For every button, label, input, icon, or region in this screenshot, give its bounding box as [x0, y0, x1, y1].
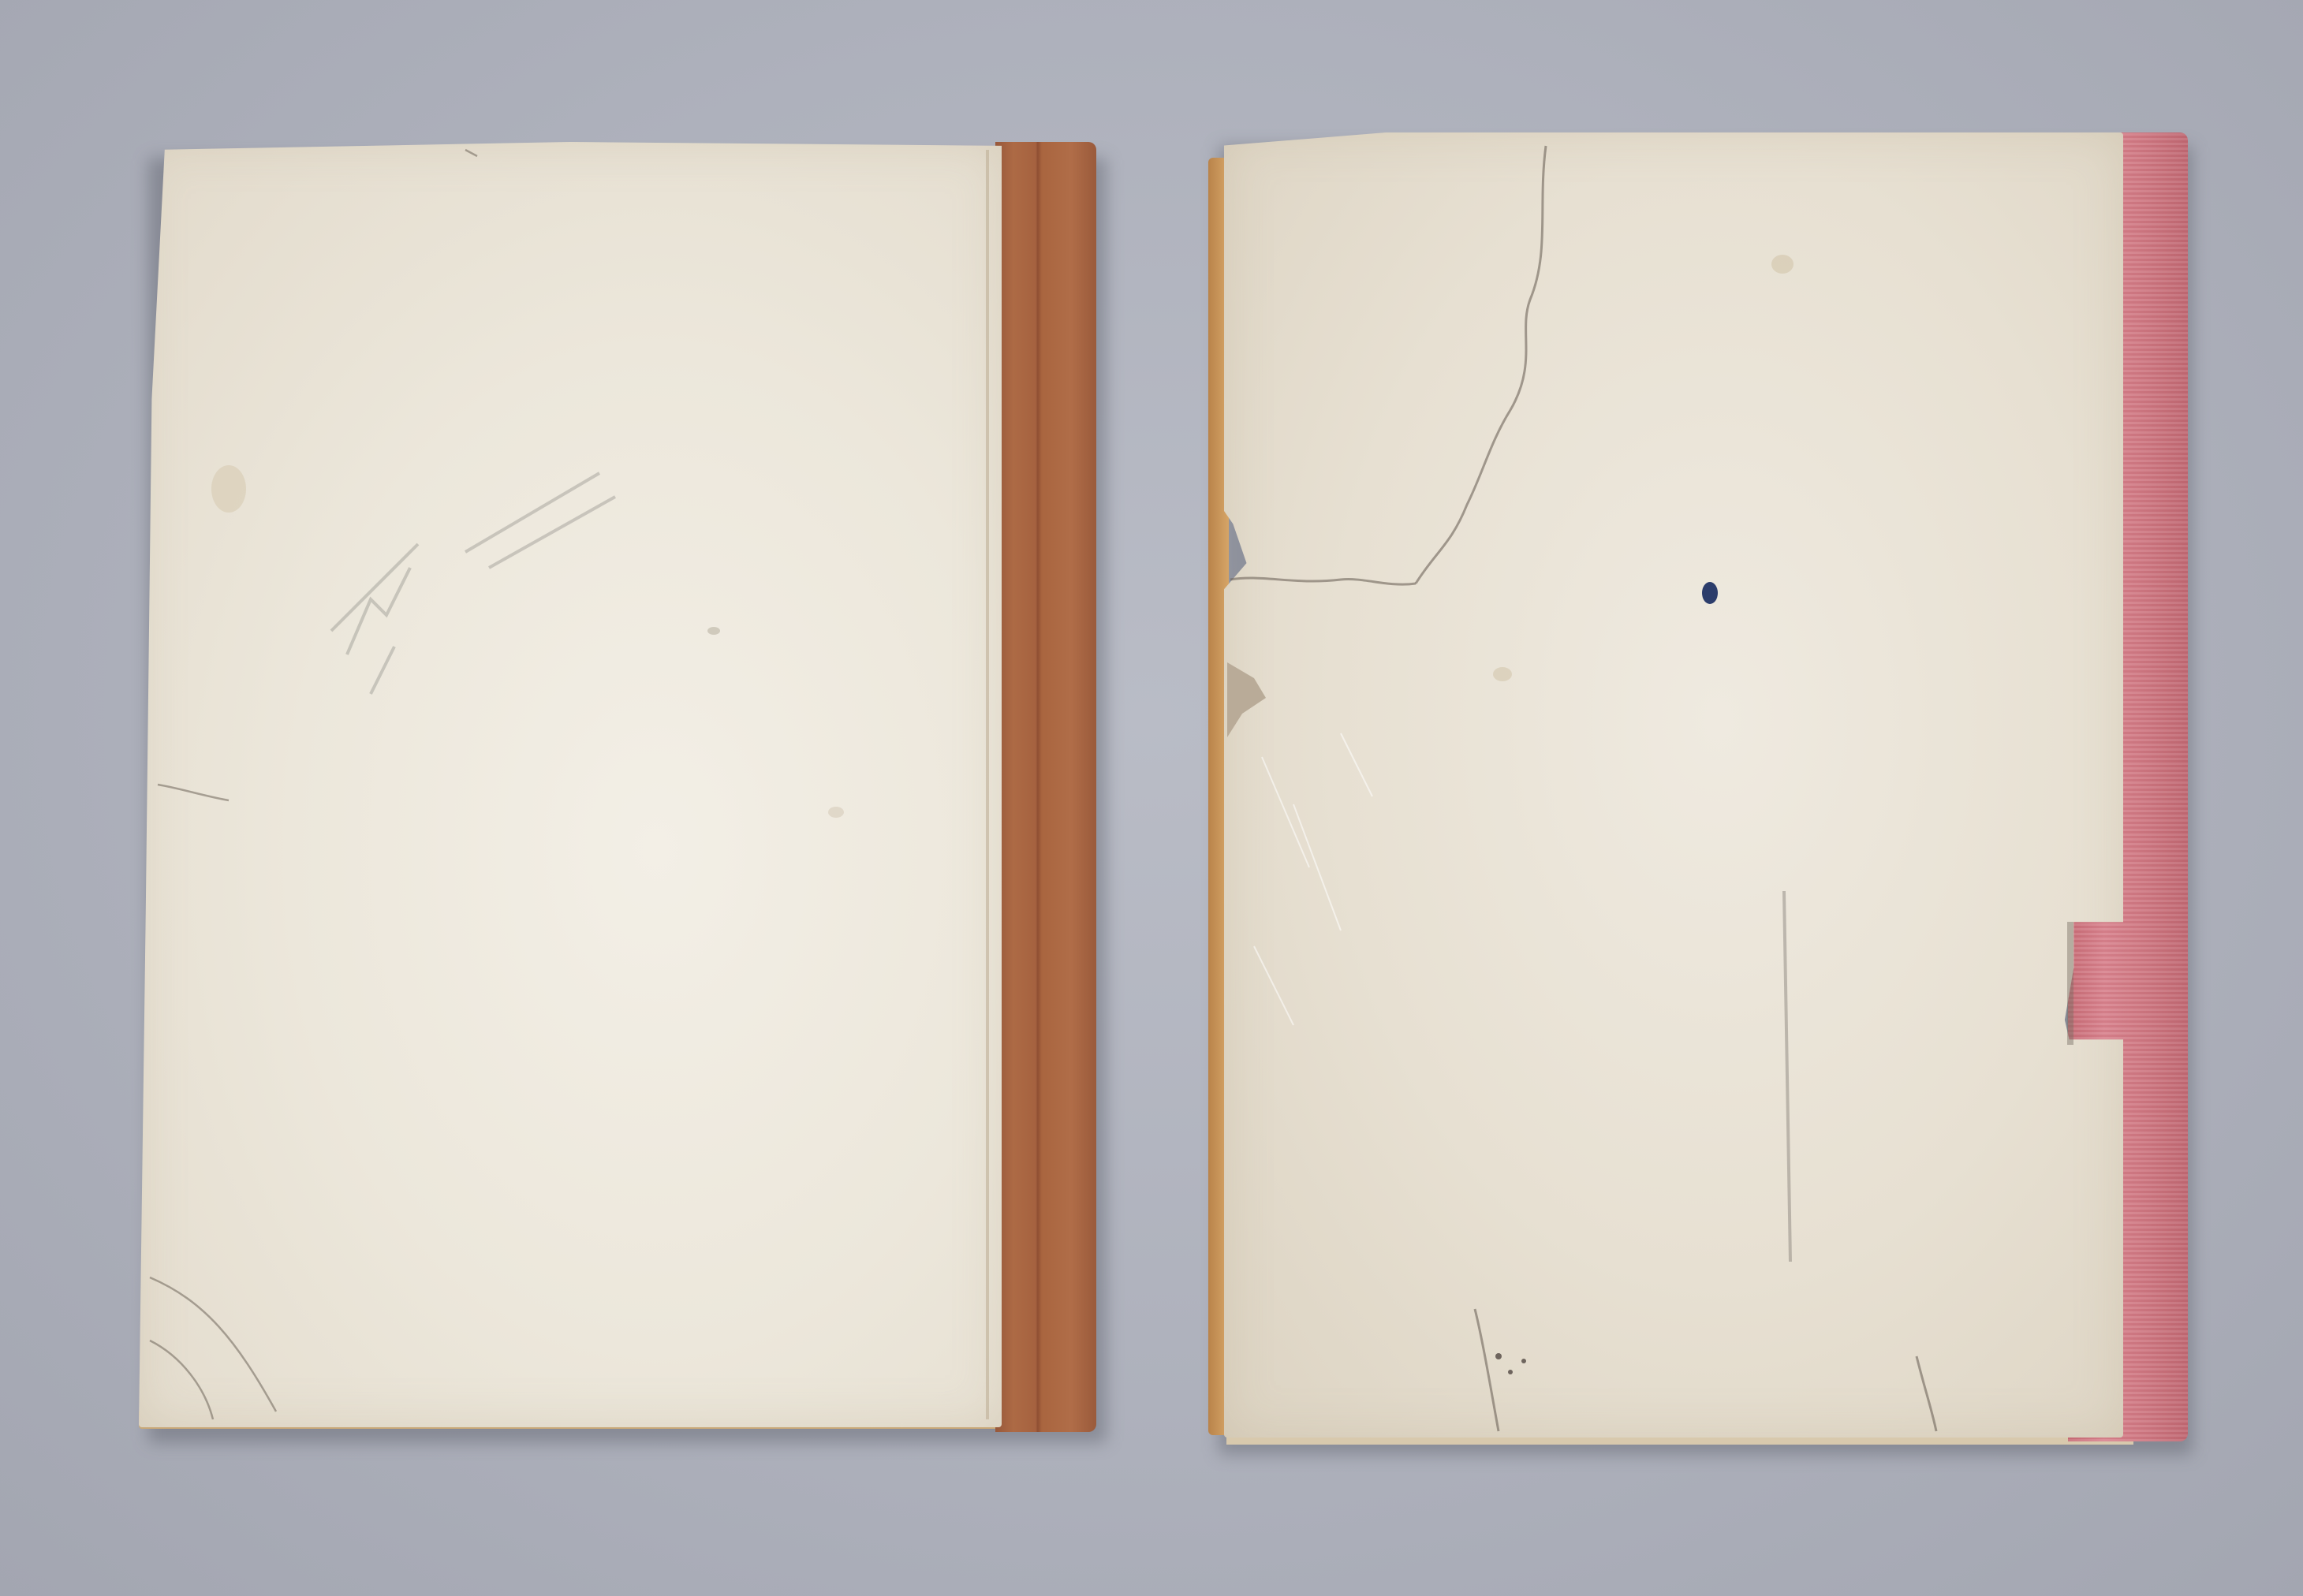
- right-book-torn-notch: [2067, 922, 2073, 1045]
- left-book-cover: [139, 142, 1002, 1427]
- photo-scene: [0, 0, 2303, 1596]
- left-book-spine: [995, 142, 1096, 1432]
- right-book-cover: [1224, 132, 2123, 1438]
- left-book-cover-hinge: [986, 150, 989, 1419]
